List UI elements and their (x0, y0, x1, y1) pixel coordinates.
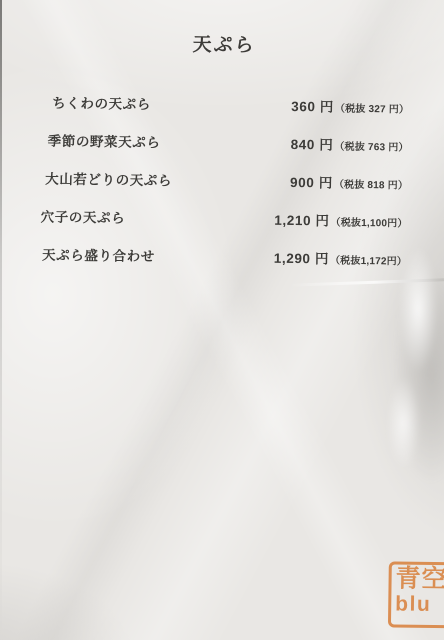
menu-section-title: 天ぷら (2, 27, 444, 60)
menu-item-row: 大山若どりの天ぷら 900 円 （税抜 818 円） (40, 167, 408, 192)
stamp-latin-text: blu (395, 592, 444, 617)
menu-content: 天ぷら ちくわの天ぷら 360 円 （税抜 327 円） 季節の野菜天ぷら 84… (0, 0, 444, 640)
item-name: 大山若どりの天ぷら (45, 168, 172, 190)
item-price: 1,290 円 （税抜1,172円） (274, 247, 408, 269)
item-tax-note: （税抜1,100円） (330, 214, 407, 230)
item-tax-note: （税抜1,172円） (330, 252, 407, 268)
item-price: 360 円 （税抜 327 円） (291, 95, 409, 117)
item-price: 900 円 （税抜 818 円） (290, 171, 408, 193)
item-tax-note: （税抜 818 円） (334, 176, 408, 192)
item-name: 季節の野菜天ぷら (48, 130, 161, 152)
item-name: 天ぷら盛り合わせ (42, 243, 155, 265)
item-price-main: 840 円 (291, 133, 334, 154)
item-price-main: 360 円 (291, 95, 334, 116)
item-price: 1,210 円 （税抜1,100円） (274, 209, 408, 231)
menu-list: ちくわの天ぷら 360 円 （税抜 327 円） 季節の野菜天ぷら 840 円 … (39, 91, 410, 286)
menu-item-row: 季節の野菜天ぷら 840 円 （税抜 763 円） (41, 129, 409, 154)
item-name: ちくわの天ぷら (52, 92, 151, 113)
item-tax-note: （税抜 327 円） (335, 100, 409, 116)
restaurant-seal-stamp: 青空 blu (388, 561, 444, 628)
stamp-kanji-text: 青空 (395, 565, 444, 593)
item-price-main: 900 円 (290, 171, 333, 192)
menu-page-photo: 天ぷら ちくわの天ぷら 360 円 （税抜 327 円） 季節の野菜天ぷら 84… (0, 0, 444, 640)
item-price: 840 円 （税抜 763 円） (291, 133, 409, 155)
menu-item-row: 穴子の天ぷら 1,210 円 （税抜1,100円） (40, 205, 408, 230)
item-price-main: 1,210 円 (274, 209, 330, 230)
item-name: 穴子の天ぷら (41, 205, 126, 226)
item-tax-note: （税抜 763 円） (334, 138, 408, 154)
menu-item-row: ちくわの天ぷら 360 円 （税抜 327 円） (41, 91, 409, 116)
item-price-main: 1,290 円 (274, 247, 330, 268)
menu-item-row: 天ぷら盛り合わせ 1,290 円 （税抜1,172円） (39, 243, 407, 268)
